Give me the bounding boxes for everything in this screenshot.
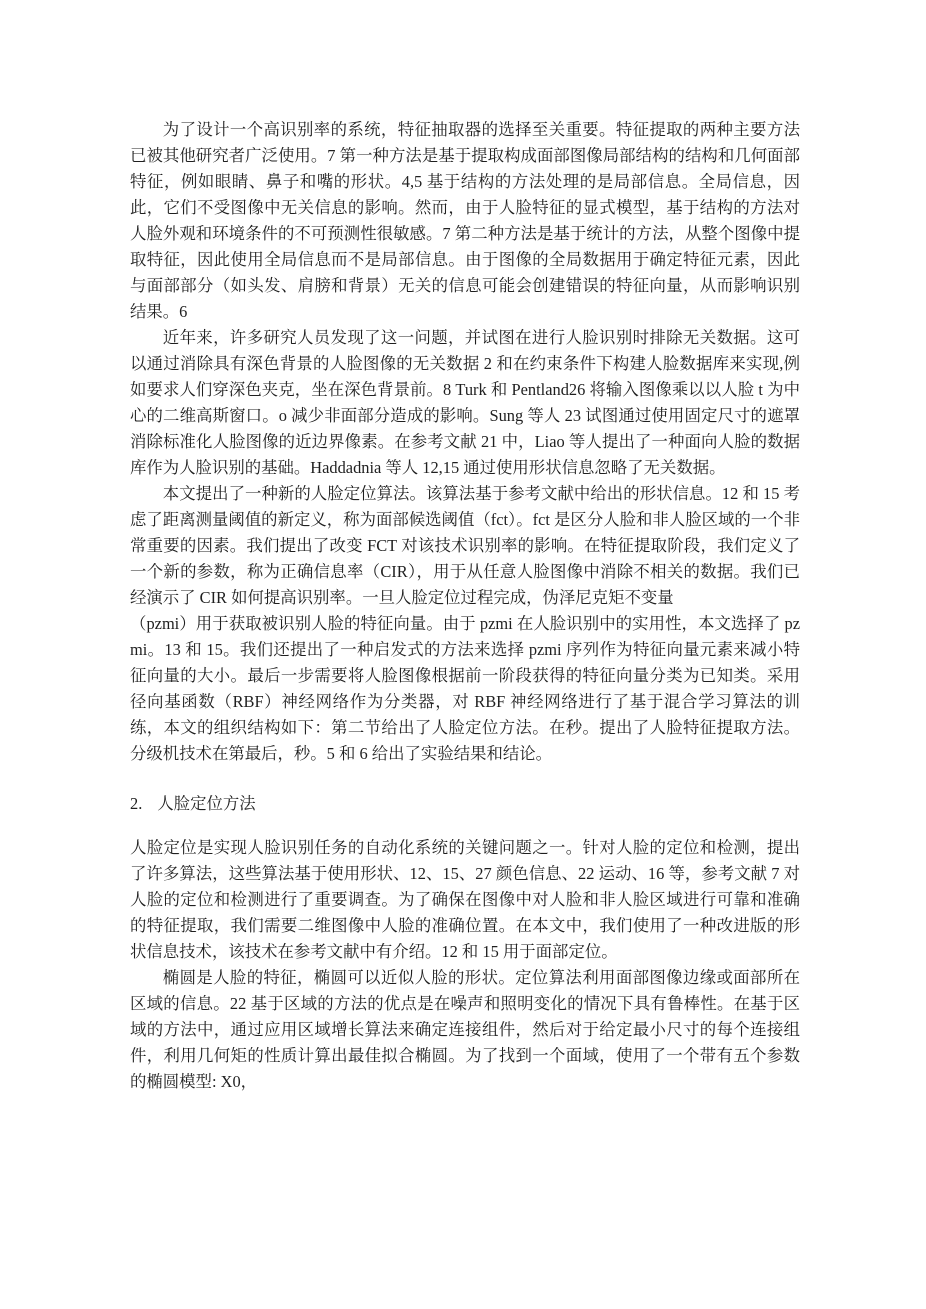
- document-page: 为了设计一个高识别率的系统，特征抽取器的选择至关重要。特征提取的两种主要方法已被…: [0, 0, 926, 1309]
- section-heading-face-localization: 2.人脸定位方法: [130, 791, 800, 817]
- paragraph-feature-extraction-methods: 为了设计一个高识别率的系统，特征抽取器的选择至关重要。特征提取的两种主要方法已被…: [130, 117, 800, 325]
- section-number: 2.: [130, 794, 142, 813]
- paragraph-proposed-algorithm-part1: 本文提出了一种新的人脸定位算法。该算法基于参考文献中给出的形状信息。12 和 1…: [130, 481, 800, 611]
- paragraph-ellipse-model: 椭圆是人脸的特征，椭圆可以近似人脸的形状。定位算法利用面部图像边缘或面部所在区域…: [130, 965, 800, 1095]
- paragraph-irrelevant-data-exclusion: 近年来，许多研究人员发现了这一问题，并试图在进行人脸识别时排除无关数据。这可以通…: [130, 325, 800, 481]
- paragraph-face-localization-intro: 人脸定位是实现人脸识别任务的自动化系统的关键问题之一。针对人脸的定位和检测，提出…: [130, 835, 800, 965]
- paragraph-proposed-algorithm-part2: （pzmi）用于获取被识别人脸的特征向量。由于 pzmi 在人脸识别中的实用性，…: [130, 611, 800, 767]
- section-title: 人脸定位方法: [157, 794, 255, 813]
